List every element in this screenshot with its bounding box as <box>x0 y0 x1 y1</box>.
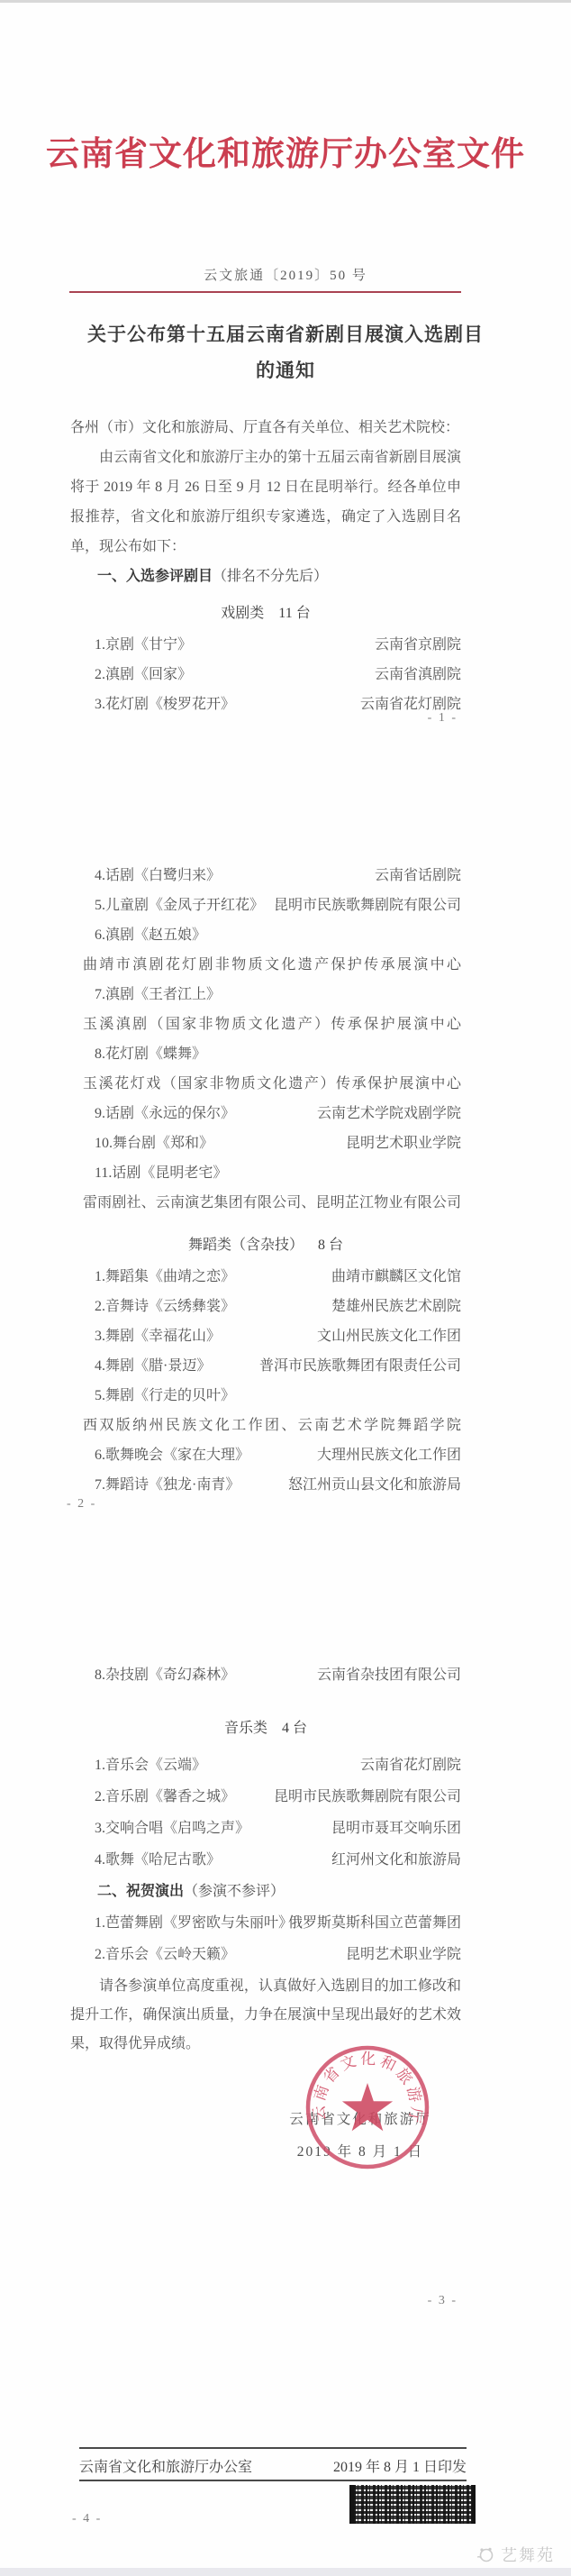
item-title: 7.滇剧《王者江上》 <box>95 987 221 1002</box>
item-org: 昆明市聂耳交响乐团 <box>331 1813 461 1844</box>
item-org: 云南省话剧院 <box>375 861 461 891</box>
salutation-line: 各州（市）文化和旅游局、厅直各有关单位、相关艺术院校： <box>70 413 461 443</box>
repertoire-row: 2.音舞诗《云绣彝裳》楚雄州民族艺术剧院 <box>70 1292 461 1321</box>
category-count: 4 台 <box>282 1721 307 1736</box>
section-note: （参演不参评） <box>184 1884 285 1899</box>
repertoire-row: 8.花灯剧《蝶舞》 <box>70 1039 461 1069</box>
item-org: 曲靖市滇剧花灯剧非物质文化遗产保护传承展演中心 <box>83 957 461 973</box>
item-title: 6.滇剧《赵五娘》 <box>95 927 206 943</box>
watermark-text: 艺舞苑 <box>501 2543 555 2566</box>
item-title: 5.舞剧《行走的贝叶》 <box>95 1388 235 1403</box>
item-org: 普洱市民族歌舞团有限责任公司 <box>259 1351 461 1381</box>
item-title: 3.交响合唱《启鸣之声》 <box>95 1813 249 1844</box>
item-org: 曲靖市麒麟区文化馆 <box>331 1262 461 1292</box>
org-line: 曲靖市滇剧花灯剧非物质文化遗产保护传承展演中心 <box>70 950 461 980</box>
item-org: 西双版纳州民族文化工作团、云南艺术学院舞蹈学院 <box>83 1418 461 1433</box>
item-title: 1.芭蕾舞剧《罗密欧与朱丽叶》 <box>95 1907 288 1939</box>
category-header: 音乐类4 台 <box>70 1713 461 1744</box>
salutation-text: 各州（市）文化和旅游局、厅直各有关单位、相关艺术院校： <box>70 420 459 435</box>
paragraph-text: 由云南省文化和旅游厅主办的第十五届云南省新剧目展演将于 2019 年 8 月 2… <box>70 450 461 554</box>
section-heading: 一、入选参评剧目（排名不分先后） <box>70 562 461 591</box>
item-title: 2.音乐剧《馨香之城》 <box>95 1781 235 1813</box>
category-count: 8 台 <box>318 1238 343 1253</box>
item-title: 2.音乐会《云岭天籁》 <box>95 1939 235 1970</box>
footer-top-line <box>79 2447 467 2449</box>
item-org: 云南省京剧院 <box>375 630 461 660</box>
red-divider-line <box>69 291 461 293</box>
repertoire-row: 1.舞蹈集《曲靖之恋》曲靖市麒麟区文化馆 <box>70 1262 461 1292</box>
item-title: 7.舞蹈诗《独龙·南青》 <box>95 1470 240 1500</box>
repertoire-row: 2.音乐会《云岭天籁》昆明艺术职业学院 <box>70 1939 461 1970</box>
item-title: 2.音舞诗《云绣彝裳》 <box>95 1292 235 1321</box>
repertoire-row: 10.舞台剧《郑和》昆明艺术职业学院 <box>70 1128 461 1158</box>
item-title: 4.话剧《白鹭归来》 <box>95 861 221 891</box>
item-org: 玉溪花灯戏（国家非物质文化遗产）传承保护展演中心 <box>83 1076 461 1092</box>
repertoire-row: 6.歌舞晚会《家在大理》大理州民族文化工作团 <box>70 1440 461 1470</box>
item-org: 昆明市民族歌舞剧院有限公司 <box>274 1781 461 1813</box>
footer-issuer: 云南省文化和旅游厅办公室 <box>79 2455 252 2476</box>
official-red-seal: 云南省文化和旅游厅 <box>301 2038 434 2175</box>
item-org: 昆明艺术职业学院 <box>346 1128 461 1158</box>
section-heading: 二、祝贺演出（参演不参评） <box>70 1876 461 1907</box>
item-title: 4.舞剧《腊·景迈》 <box>95 1351 211 1381</box>
repertoire-row: 11.话剧《昆明老宅》 <box>70 1158 461 1188</box>
repertoire-row: 1.京剧《甘宁》云南省京剧院 <box>70 630 461 660</box>
page2-body: 4.话剧《白鹭归来》云南省话剧院5.儿童剧《金凤子开红花》昆明市民族歌舞剧院有限… <box>70 861 461 1500</box>
repertoire-row: 2.音乐剧《馨香之城》昆明市民族歌舞剧院有限公司 <box>70 1781 461 1813</box>
repertoire-row: 9.话剧《永远的保尔》云南艺术学院戏剧学院 <box>70 1099 461 1128</box>
document-title-line1: 关于公布第十五届云南省新剧目展演入选剧目 <box>87 324 484 345</box>
repertoire-row: 4.歌舞《哈尼古歌》红河州文化和旅游局 <box>70 1844 461 1876</box>
repertoire-row: 5.儿童剧《金凤子开红花》昆明市民族歌舞剧院有限公司 <box>70 891 461 920</box>
section-label: 二、祝贺演出 <box>97 1884 184 1899</box>
repertoire-row: 1.音乐会《云端》云南省花灯剧院 <box>70 1749 461 1781</box>
paragraph: 由云南省文化和旅游厅主办的第十五届云南省新剧目展演将于 2019 年 8 月 2… <box>70 443 461 562</box>
item-org: 云南省滇剧院 <box>375 660 461 690</box>
item-org: 文山州民族文化工作团 <box>317 1321 461 1351</box>
item-title: 8.杂技剧《奇幻森林》 <box>95 1659 235 1691</box>
category-label: 戏剧类 <box>221 606 264 621</box>
item-org: 云南省花灯剧院 <box>360 1749 461 1781</box>
item-org: 雷雨剧社、云南演艺集团有限公司、昆明芷江物业有限公司 <box>83 1195 461 1210</box>
item-title: 1.音乐会《云端》 <box>95 1749 206 1781</box>
footer-row: 云南省文化和旅游厅办公室 2019 年 8 月 1 日印发 <box>79 2451 467 2480</box>
seal-star-icon <box>342 2083 393 2131</box>
page1-body: 各州（市）文化和旅游局、厅直各有关单位、相关艺术院校：由云南省文化和旅游厅主办的… <box>70 413 461 719</box>
org-line: 雷雨剧社、云南演艺集团有限公司、昆明芷江物业有限公司 <box>70 1188 461 1218</box>
page-number-2: - 2 - <box>67 1497 96 1512</box>
repertoire-row: 7.舞蹈诗《独龙·南青》怒江州贡山县文化和旅游局 <box>70 1470 461 1500</box>
item-title: 9.话剧《永远的保尔》 <box>95 1099 235 1128</box>
repertoire-row: 1.芭蕾舞剧《罗密欧与朱丽叶》俄罗斯莫斯科国立芭蕾舞团 <box>70 1907 461 1939</box>
item-title: 1.舞蹈集《曲靖之恋》 <box>95 1262 235 1292</box>
repertoire-row: 5.舞剧《行走的贝叶》 <box>70 1381 461 1411</box>
document-number: 云文旅通〔2019〕50 号 <box>0 266 571 286</box>
item-org: 玉溪滇剧（国家非物质文化遗产）传承保护展演中心 <box>83 1017 461 1032</box>
footer-bottom-line <box>79 2480 467 2481</box>
item-title: 10.舞台剧《郑和》 <box>95 1128 213 1158</box>
item-title: 6.歌舞晚会《家在大理》 <box>95 1440 249 1470</box>
watermark: 艺舞苑 <box>476 2543 555 2566</box>
org-line: 玉溪花灯戏（国家非物质文化遗产）传承保护展演中心 <box>70 1069 461 1099</box>
page3-body: 8.杂技剧《奇幻森林》云南省杂技团有限公司音乐类4 台1.音乐会《云端》云南省花… <box>70 1659 461 2059</box>
item-title: 2.滇剧《回家》 <box>95 660 192 690</box>
item-title: 3.舞剧《幸福花山》 <box>95 1321 221 1351</box>
page-number-1: - 1 - <box>70 711 458 726</box>
repertoire-row: 8.杂技剧《奇幻森林》云南省杂技团有限公司 <box>70 1659 461 1691</box>
repertoire-row: 3.舞剧《幸福花山》文山州民族文化工作团 <box>70 1321 461 1351</box>
item-org: 怒江州贡山县文化和旅游局 <box>288 1470 461 1500</box>
repertoire-row: 3.交响合唱《启鸣之声》昆明市聂耳交响乐团 <box>70 1813 461 1844</box>
repertoire-row: 4.话剧《白鹭归来》云南省话剧院 <box>70 861 461 891</box>
repertoire-row: 4.舞剧《腊·景迈》普洱市民族歌舞团有限责任公司 <box>70 1351 461 1381</box>
bottom-page-edge <box>0 2568 571 2576</box>
document-barcode <box>349 2485 476 2524</box>
org-line: 玉溪滇剧（国家非物质文化遗产）传承保护展演中心 <box>70 1009 461 1039</box>
section-label: 一、入选参评剧目 <box>97 569 213 584</box>
item-title: 1.京剧《甘宁》 <box>95 630 192 660</box>
item-org: 昆明市民族歌舞剧院有限公司 <box>274 891 461 920</box>
repertoire-row: 7.滇剧《王者江上》 <box>70 980 461 1009</box>
item-org: 云南省杂技团有限公司 <box>317 1659 461 1691</box>
item-org: 昆明艺术职业学院 <box>346 1939 461 1970</box>
item-org: 俄罗斯莫斯科国立芭蕾舞团 <box>288 1907 461 1939</box>
item-title: 4.歌舞《哈尼古歌》 <box>95 1844 221 1876</box>
document-title: 关于公布第十五届云南省新剧目展演入选剧目的通知 <box>45 316 526 388</box>
org-line: 西双版纳州民族文化工作团、云南艺术学院舞蹈学院 <box>70 1411 461 1440</box>
category-header: 戏剧类11 台 <box>70 598 461 628</box>
category-header: 舞蹈类（含杂技）8 台 <box>70 1230 461 1260</box>
watermark-logo-icon <box>476 2544 495 2564</box>
category-label: 舞蹈类（含杂技） <box>188 1238 304 1253</box>
item-org: 云南艺术学院戏剧学院 <box>317 1099 461 1128</box>
repertoire-row: 6.滇剧《赵五娘》 <box>70 920 461 950</box>
category-label: 音乐类 <box>224 1721 267 1736</box>
item-org: 红河州文化和旅游局 <box>331 1844 461 1876</box>
item-org: 大理州民族文化工作团 <box>317 1440 461 1470</box>
scanned-official-document: 云南省文化和旅游厅办公室文件 云文旅通〔2019〕50 号 关于公布第十五届云南… <box>0 0 571 2576</box>
item-title: 8.花灯剧《蝶舞》 <box>95 1046 206 1062</box>
item-title: 5.儿童剧《金凤子开红花》 <box>95 891 264 920</box>
section-note: （排名不分先后） <box>213 569 328 584</box>
repertoire-row: 2.滇剧《回家》云南省滇剧院 <box>70 660 461 690</box>
item-org: 楚雄州民族艺术剧院 <box>331 1292 461 1321</box>
category-count: 11 台 <box>278 606 310 621</box>
page-number-4: - 4 - <box>72 2512 102 2526</box>
item-title: 11.话剧《昆明老宅》 <box>95 1165 227 1181</box>
document-title-line2: 的通知 <box>256 360 315 381</box>
page-number-3: - 3 - <box>70 2294 458 2308</box>
footer-print-date: 2019 年 8 月 1 日印发 <box>333 2455 467 2476</box>
document-org-header: 云南省文化和旅游厅办公室文件 <box>0 134 571 176</box>
